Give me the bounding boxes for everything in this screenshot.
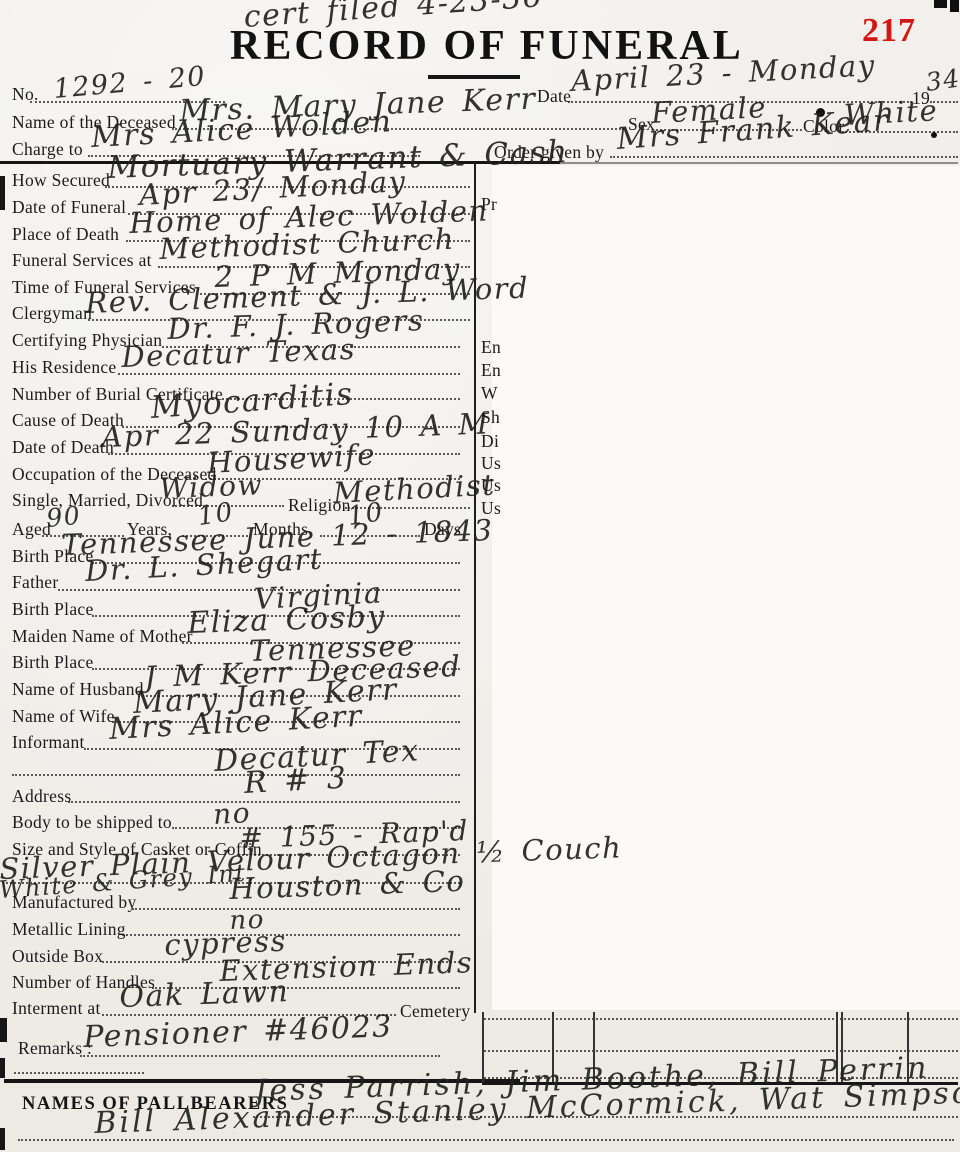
funeral-services-at-label: Funeral Services at xyxy=(12,250,152,271)
aged-label: Aged xyxy=(12,519,51,540)
solid-rule xyxy=(0,1128,5,1150)
funeral-record-page: cert filed 4-23-36RECORD OF FUNERAL217No… xyxy=(0,0,960,1152)
his-residence-value: Decatur Texas xyxy=(121,332,357,374)
clergyman-label: Clergyman xyxy=(12,303,92,324)
year-value: 34 xyxy=(924,63,960,97)
cut-label-us2: Us xyxy=(481,475,501,496)
interment-at-label: Interment at xyxy=(12,998,101,1019)
his-residence-label: His Residence xyxy=(12,357,117,378)
cemetery-label: Cemetery xyxy=(400,1001,470,1022)
address-value: R # 3 xyxy=(243,761,348,801)
date-of-death-label: Date of Death xyxy=(12,437,114,458)
dotted-rule xyxy=(118,373,460,375)
mother-birth-place-label: Birth Place xyxy=(12,652,94,673)
solid-rule xyxy=(0,176,5,210)
dotted-rule xyxy=(14,1072,144,1074)
no-label: No. xyxy=(12,84,39,105)
dotted-rule xyxy=(68,801,460,803)
address-label: Address xyxy=(12,786,71,807)
cut-label-w: W xyxy=(481,383,498,404)
interment-at-value: Oak Lawn xyxy=(119,974,290,1015)
solid-rule xyxy=(560,162,958,164)
cut-label-us1: Us xyxy=(481,453,501,474)
metallic-lining-label: Metallic Lining xyxy=(12,919,126,940)
place-of-death-label: Place of Death xyxy=(12,224,119,245)
cut-label-sh: Sh xyxy=(481,407,500,428)
ink-blot xyxy=(931,132,937,138)
solid-rule xyxy=(0,1058,5,1078)
cut-label-di: Di xyxy=(481,431,499,452)
charge-to-label: Charge to xyxy=(12,139,83,160)
solid-rule xyxy=(428,75,520,79)
father-label: Father xyxy=(12,572,59,593)
remarks-value: Pensioner #46023 xyxy=(83,1009,394,1055)
father-birth-place-label: Birth Place xyxy=(12,599,94,620)
dotted-rule xyxy=(132,908,460,910)
name-of-husband-label: Name of Husband xyxy=(12,679,144,700)
cut-label-embalmer: En xyxy=(481,337,501,358)
cut-label-embalmer2: En xyxy=(481,360,501,381)
dotted-rule xyxy=(610,156,958,158)
manufactured-by-label: Manufactured by xyxy=(12,892,137,913)
how-secured-label: How Secured xyxy=(12,170,110,191)
remarks-label: Remarks : xyxy=(18,1038,92,1059)
dotted-rule xyxy=(80,1055,440,1057)
page-number: 217 xyxy=(862,12,916,50)
solid-rule xyxy=(950,0,959,12)
shipped-to-label: Body to be shipped to xyxy=(12,812,172,833)
date-label: Date xyxy=(537,86,571,107)
solid-rule xyxy=(934,0,947,8)
dotted-rule xyxy=(18,1139,954,1141)
cut-label-printed: Pr xyxy=(481,194,497,215)
manufactured-by-value: Houston & Co xyxy=(229,864,466,906)
solid-rule xyxy=(0,1018,7,1042)
dotted-rule xyxy=(484,1018,958,1020)
solid-rule xyxy=(492,166,960,1010)
maiden-name-label: Maiden Name of Mother xyxy=(12,626,193,647)
informant-label: Informant xyxy=(12,732,85,753)
date-of-funeral-label: Date of Funeral xyxy=(12,197,126,218)
name-of-wife-label: Name of Wife xyxy=(12,706,115,727)
outside-box-label: Outside Box xyxy=(12,946,103,967)
cut-label-us3: Us xyxy=(481,498,501,519)
